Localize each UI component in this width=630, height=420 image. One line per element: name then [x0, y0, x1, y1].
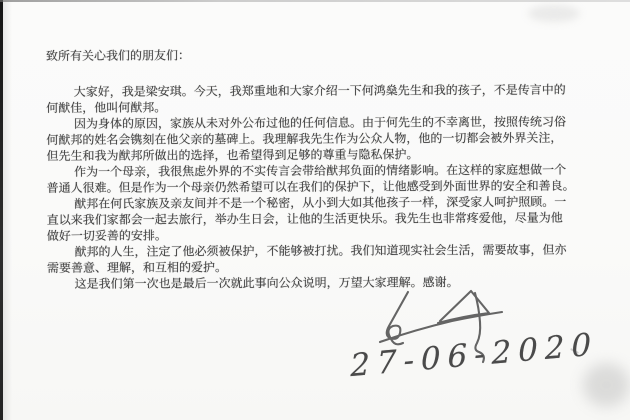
- letter-line: 何猷邦的姓名会镌刻在他父亲的墓碑上。我理解我先生作为公众人物，他的一切都会被外界…: [46, 130, 576, 148]
- photo-smudge-top-right: [528, 5, 580, 22]
- letter-line: 大家好，我是梁安琪。今天，我郑重地和大家介绍一下何鸿燊先生和我的孩子，不是传言中…: [46, 82, 576, 100]
- letter-salutation: 致所有关心我们的朋友们：: [46, 46, 576, 64]
- letter-body: 大家好，我是梁安琪。今天，我郑重地和大家介绍一下何鸿燊先生和我的孩子，不是传言中…: [46, 82, 577, 292]
- letter-photo: 致所有关心我们的朋友们： 大家好，我是梁安琪。今天，我郑重地和大家介绍一下何鸿燊…: [0, 0, 630, 420]
- letter-content: 致所有关心我们的朋友们： 大家好，我是梁安琪。今天，我郑重地和大家介绍一下何鸿燊…: [46, 46, 577, 292]
- photo-edge-top: [0, 0, 630, 2]
- letter-line: 猷邦的人生，注定了他必须被保护，不能够被打扰。我们知道现实社会生活，需要故事，但…: [47, 242, 577, 260]
- photo-edge-left-shading: [3, 0, 12, 420]
- letter-line: 直以来我们家都会一起去旅行，举办生日会，让他的生活更快乐。我先生也非常疼爱他，尽…: [47, 210, 577, 228]
- photo-shadow-bottom-right: [583, 363, 630, 407]
